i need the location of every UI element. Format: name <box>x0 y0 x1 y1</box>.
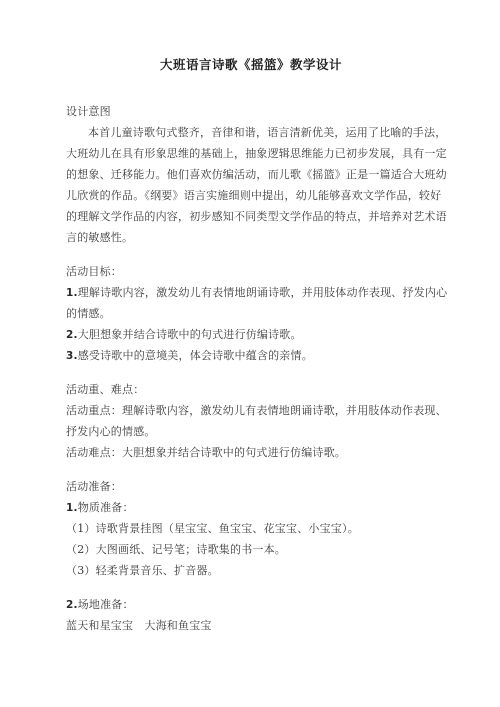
doc-title: 大班语言诗歌《摇篮》教学设计 <box>66 55 436 75</box>
material-item: （3）轻柔背景音乐、扩音器。 <box>66 560 436 581</box>
goal-item-3-text: 感受诗歌中的意境美，体会诗歌中蕴含的亲情。 <box>78 349 313 362</box>
key-point-line: 抒发内心的情感。 <box>66 421 436 442</box>
document-page: 大班语言诗歌《摇篮》教学设计 设计意图 本首儿童诗歌句式整齐，音律和谐，语言清新… <box>0 0 500 707</box>
preparation-heading: 活动准备： <box>66 476 436 497</box>
goal-item-2: 2.大胆想象并结合诗歌中的句式进行仿编诗歌。 <box>66 324 436 345</box>
list-number: 2. <box>66 599 78 611</box>
material-preparation-label: 物质准备： <box>78 501 134 514</box>
paragraph-line: 大班幼儿在具有形象思维的基础上，抽象逻辑思维能力已初步发展，具有一定 <box>66 143 436 164</box>
paragraph-line: 儿欣赏的作品。《纲要》语言实施细则中提出，幼儿能够喜欢文学作品，较好 <box>66 185 436 206</box>
section-key-points: 活动重、难点： 活动重点：理解诗歌内容，激发幼儿有表情地朗诵诗歌，并用肢体动作表… <box>66 379 436 463</box>
paragraph-line: 的想象、迁移能力。他们喜欢仿编活动，而儿歌《摇篮》正是一篇适合大班幼 <box>66 164 436 185</box>
material-preparation-heading: 1.物质准备： <box>66 497 436 518</box>
goal-item-1: 1.理解诗歌内容，激发幼儿有表情地朗诵诗歌，并用肢体动作表现、抒发内心 <box>66 282 436 303</box>
paragraph-line: 本首儿童诗歌句式整齐，音律和谐，语言清新优美，运用了比喻的手法， <box>66 122 436 143</box>
goal-item-1-continued: 的情感。 <box>66 303 436 324</box>
list-number: 1. <box>66 287 78 299</box>
goals-heading: 活动目标： <box>66 261 436 282</box>
goal-item-1-text: 理解诗歌内容，激发幼儿有表情地朗诵诗歌，并用肢体动作表现、抒发内心 <box>78 286 448 299</box>
venue-preparation-heading: 2.场地准备： <box>66 594 436 615</box>
section-venue: 2.场地准备： 蓝天和星宝宝 大海和鱼宝宝 <box>66 594 436 636</box>
goal-item-3: 3.感受诗歌中的意境美，体会诗歌中蕴含的亲情。 <box>66 345 436 366</box>
material-item: （2）大图画纸、记号笔；诗歌集的书一本。 <box>66 539 436 560</box>
venue-preparation-label: 场地准备： <box>78 598 134 611</box>
list-number: 1. <box>66 502 78 514</box>
key-point-line: 活动重点：理解诗歌内容，激发幼儿有表情地朗诵诗歌，并用肢体动作表现、 <box>66 400 436 421</box>
list-number: 3. <box>66 350 78 362</box>
design-intent-heading: 设计意图 <box>66 101 436 122</box>
paragraph-line: 的理解文学作品的内容，初步感知不同类型文学作品的特点，并培养对艺术语 <box>66 206 436 227</box>
material-item: （1）诗歌背景挂图（星宝宝、鱼宝宝、花宝宝、小宝宝）。 <box>66 518 436 539</box>
venue-line: 蓝天和星宝宝 大海和鱼宝宝 <box>66 615 436 636</box>
section-goals: 活动目标： 1.理解诗歌内容，激发幼儿有表情地朗诵诗歌，并用肢体动作表现、抒发内… <box>66 261 436 366</box>
section-design-intent: 设计意图 本首儿童诗歌句式整齐，音律和谐，语言清新优美，运用了比喻的手法， 大班… <box>66 101 436 248</box>
key-point-line: 活动难点：大胆想象并结合诗歌中的句式进行仿编诗歌。 <box>66 442 436 463</box>
list-number: 2. <box>66 329 78 341</box>
key-points-heading: 活动重、难点： <box>66 379 436 400</box>
paragraph-line: 言的敏感性。 <box>66 227 436 248</box>
section-preparation: 活动准备： 1.物质准备： （1）诗歌背景挂图（星宝宝、鱼宝宝、花宝宝、小宝宝）… <box>66 476 436 581</box>
goal-item-2-text: 大胆想象并结合诗歌中的句式进行仿编诗歌。 <box>78 328 302 341</box>
